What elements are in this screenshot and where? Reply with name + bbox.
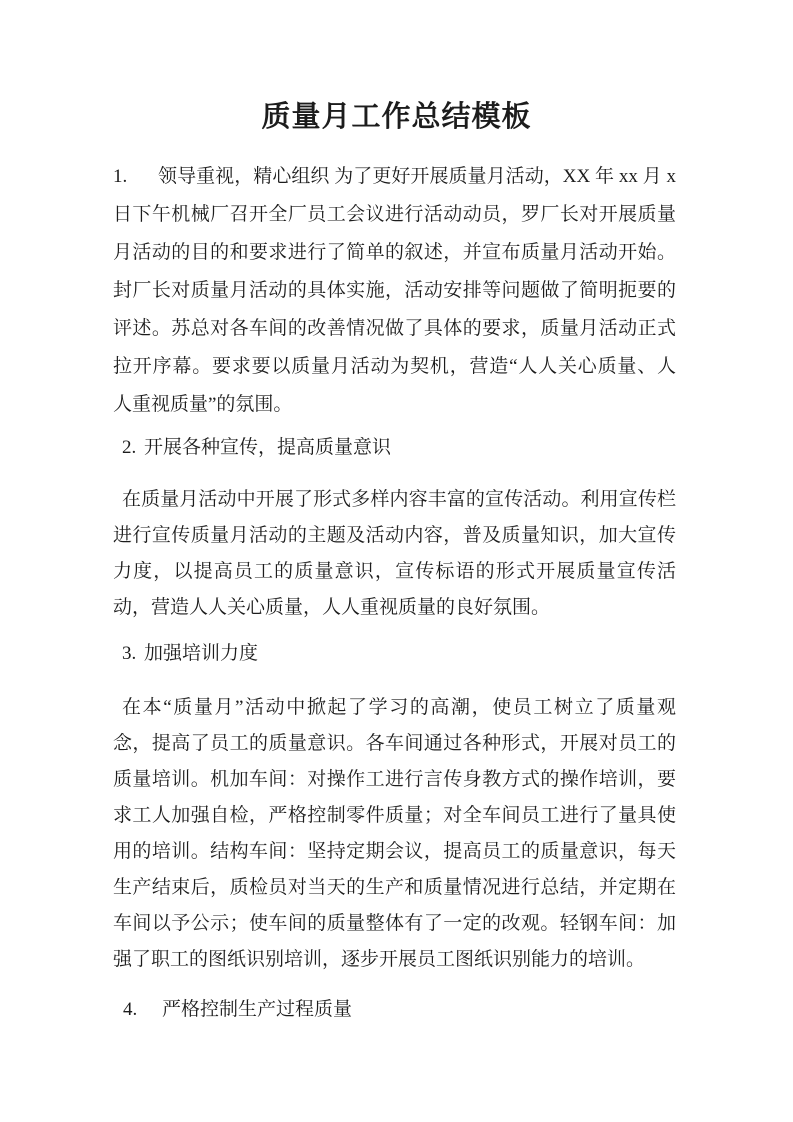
text-line: 质量培训。机加车间：对操作工进行言传身教方式的操作培训，要 — [113, 762, 676, 798]
list-marker: 3. — [122, 636, 144, 672]
item-block: 4.严格控制生产过程质量 — [113, 992, 676, 1028]
text-line: 进行宣传质量月活动的主题及活动内容，普及质量知识，加大宣传 — [113, 518, 676, 554]
text-line: 1.领导重视，精心组织 为了更好开展质量月活动，XX 年 xx 月 x — [113, 158, 676, 196]
text-line: 4.严格控制生产过程质量 — [113, 992, 676, 1028]
text-line: 月活动的目的和要求进行了简单的叙述，并宣布质量月活动开始。 — [113, 234, 676, 272]
text-line: 求工人加强自检，严格控制零件质量；对全车间员工进行了量具使 — [113, 798, 676, 834]
document-page: 质量月工作总结模板 1.领导重视，精心组织 为了更好开展质量月活动，XX 年 x… — [0, 0, 793, 1122]
item-block: 1.领导重视，精心组织 为了更好开展质量月活动，XX 年 xx 月 x日下午机械… — [113, 158, 676, 424]
text-line: 在本“质量月”活动中掀起了学习的高潮，使员工树立了质量观 — [113, 690, 676, 726]
text-line: 3.加强培训力度 — [113, 636, 676, 672]
list-marker: 4. — [113, 992, 162, 1028]
text-line: 2.开展各种宣传，提高质量意识 — [113, 430, 676, 466]
text-line: 车间以予公示；使车间的质量整体有了一定的改观。轻钢车间：加 — [113, 906, 676, 942]
document-title: 质量月工作总结模板 — [0, 97, 793, 137]
text-line: 评述。苏总对各车间的改善情况做了具体的要求，质量月活动正式 — [113, 310, 676, 348]
heading-block: 2.开展各种宣传，提高质量意识 — [113, 430, 676, 466]
text-line: 人重视质量”的氛围。 — [113, 386, 676, 424]
paragraph-block: 在本“质量月”活动中掀起了学习的高潮，使员工树立了质量观念，提高了员工的质量意识… — [113, 690, 676, 978]
text-line: 强了职工的图纸识别培训，逐步开展员工图纸识别能力的培训。 — [113, 942, 676, 978]
document-body: 1.领导重视，精心组织 为了更好开展质量月活动，XX 年 xx 月 x日下午机械… — [113, 158, 676, 1028]
list-marker: 2. — [122, 430, 144, 466]
text-line: 封厂长对质量月活动的具体实施，活动安排等问题做了简明扼要的 — [113, 272, 676, 310]
list-marker: 1. — [113, 158, 158, 196]
paragraph-block: 在质量月活动中开展了形式多样内容丰富的宣传活动。利用宣传栏进行宣传质量月活动的主… — [113, 482, 676, 626]
text-line: 力度，以提高员工的质量意识，宣传标语的形式开展质量宣传活 — [113, 554, 676, 590]
text-line: 动，营造人人关心质量，人人重视质量的良好氛围。 — [113, 590, 676, 626]
text-line: 在质量月活动中开展了形式多样内容丰富的宣传活动。利用宣传栏 — [113, 482, 676, 518]
heading-block: 3.加强培训力度 — [113, 636, 676, 672]
text-line: 拉开序幕。要求要以质量月活动为契机，营造“人人关心质量、人 — [113, 348, 676, 386]
text-line: 用的培训。结构车间：坚持定期会议，提高员工的质量意识，每天 — [113, 834, 676, 870]
text-line: 日下午机械厂召开全厂员工会议进行活动动员，罗厂长对开展质量 — [113, 196, 676, 234]
text-line: 念，提高了员工的质量意识。各车间通过各种形式，开展对员工的 — [113, 726, 676, 762]
text-line: 生产结束后，质检员对当天的生产和质量情况进行总结，并定期在 — [113, 870, 676, 906]
